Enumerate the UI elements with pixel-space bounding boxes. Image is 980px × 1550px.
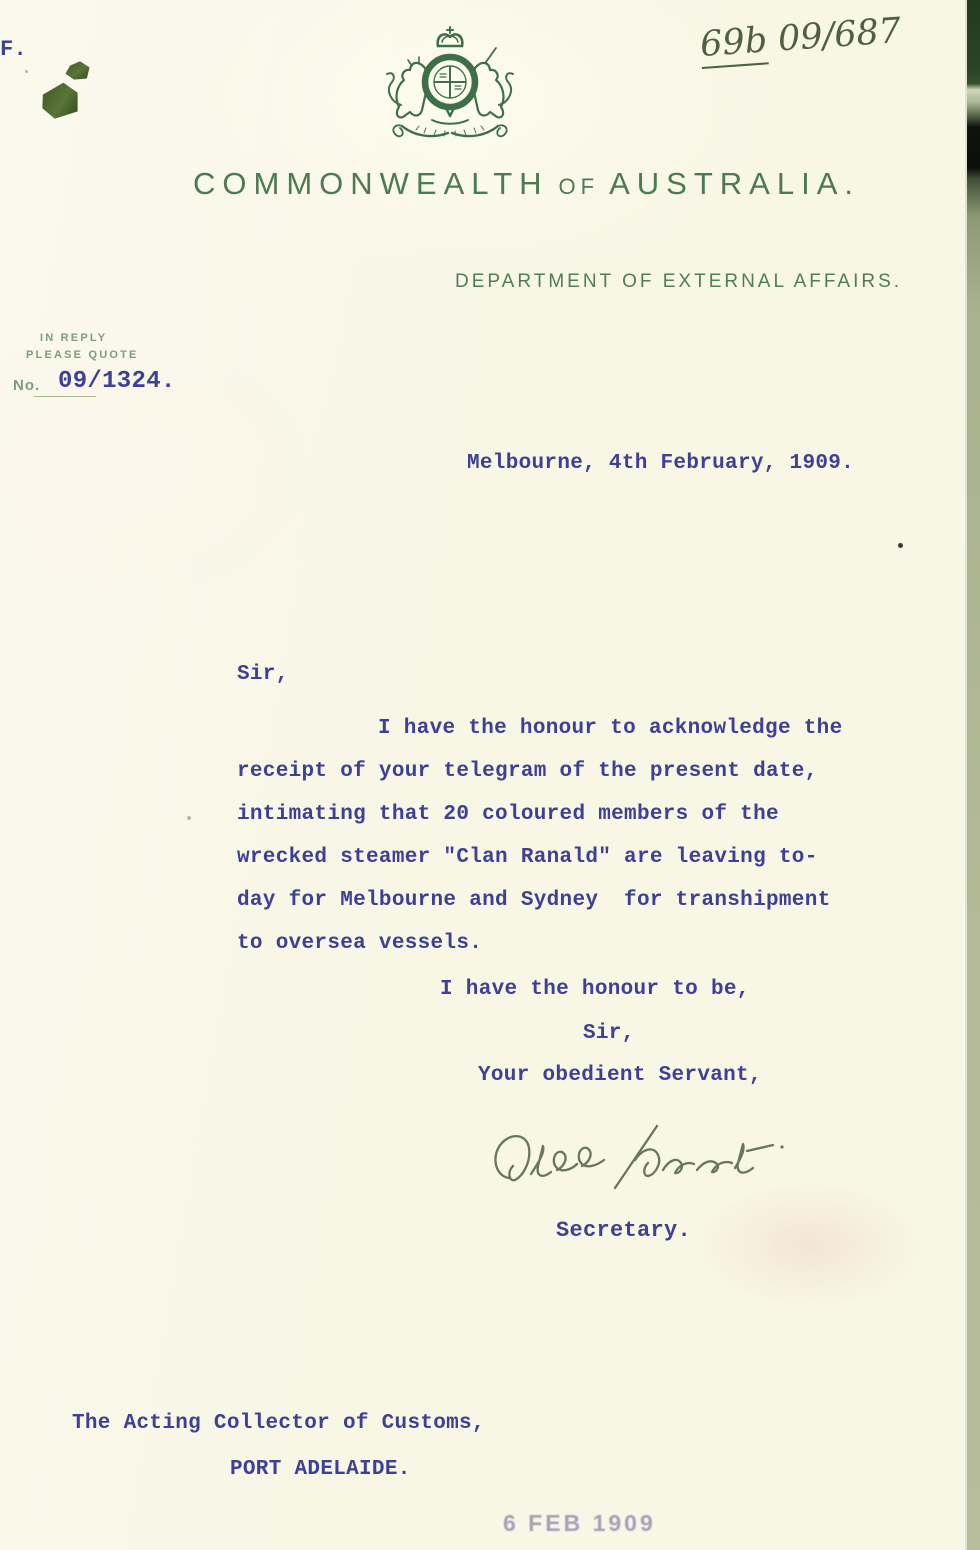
title-commonwealth: COMMONWEALTH: [193, 166, 549, 201]
scan-edge-strip: [965, 0, 980, 1550]
ink-blot-large: [38, 80, 83, 121]
body-line: day for Melbourne and Sydney for transhi…: [237, 889, 831, 912]
handwritten-docket-number: 69b 09/687: [699, 11, 903, 65]
closing-line-3: Your obedient Servant,: [478, 1064, 762, 1087]
reply-note-line2: PLEASE QUOTE: [26, 349, 139, 361]
ink-blot-small: [65, 59, 90, 81]
docket-prefix: 69b: [699, 20, 769, 69]
body-line: wrecked steamer "Clan Ranald" are leavin…: [237, 846, 818, 869]
body-line: I have the honour to acknowledge the: [378, 717, 842, 740]
corner-letter: F.: [0, 37, 27, 62]
paper-speck: [187, 816, 191, 820]
coat-of-arms-icon: [372, 24, 528, 151]
reply-no-label: No.: [13, 377, 40, 394]
salutation: Sir,: [237, 663, 289, 686]
title-of: OF: [559, 174, 600, 199]
file-reference-number: 09/1324.: [58, 368, 176, 395]
body-line: to oversea vessels.: [237, 932, 482, 955]
reply-note-line1: IN REPLY: [40, 332, 107, 344]
signature: [485, 1118, 805, 1208]
received-date-stamp: 6 FEB 1909: [503, 1510, 656, 1537]
paper-speck: [898, 543, 903, 548]
letterhead-department: DEPARTMENT OF EXTERNAL AFFAIRS.: [455, 271, 902, 293]
signatory-title: Secretary.: [556, 1218, 691, 1243]
reply-no-rule: [34, 396, 96, 397]
recipient-address: PORT ADELAIDE.: [230, 1458, 411, 1481]
docket-file-ref: 09/687: [766, 11, 903, 60]
dateline: Melbourne, 4th February, 1909.: [467, 452, 854, 475]
body-line: intimating that 20 coloured members of t…: [237, 803, 779, 826]
recipient-name: The Acting Collector of Customs,: [72, 1412, 485, 1435]
paper-speck: [25, 70, 28, 73]
closing-line-2: Sir,: [583, 1022, 635, 1045]
closing-line-1: I have the honour to be,: [440, 978, 750, 1001]
letterhead-title: COMMONWEALTHOFAUSTRALIA.: [193, 166, 860, 202]
scanned-letter-page: F. 69b 09/687: [0, 0, 980, 1550]
body-line: receipt of your telegram of the present …: [237, 760, 818, 783]
title-australia: AUSTRALIA.: [609, 166, 860, 201]
